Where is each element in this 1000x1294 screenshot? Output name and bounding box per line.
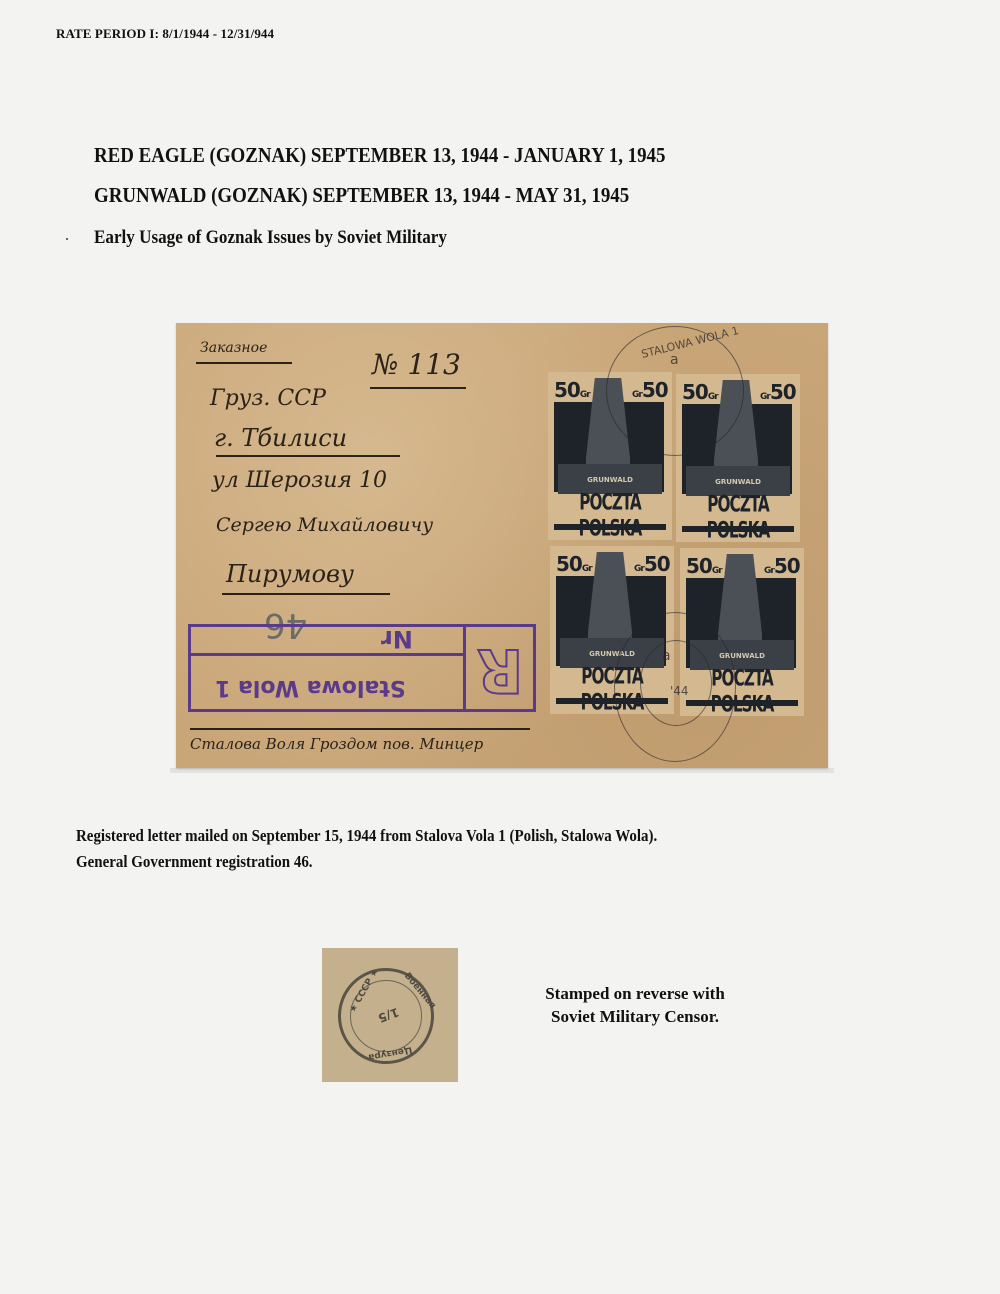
postmark-bottom-inner (640, 640, 712, 726)
rate-period-header: RATE PERIOD I: 8/1/1944 - 12/31/944 (56, 26, 274, 42)
stamp-name: GRUNWALD (548, 476, 672, 484)
postmark-bottom-year: '44 (670, 684, 689, 698)
censor-stamp-image: ★ СССР ★ Военная Цензура 1/5 (322, 948, 458, 1082)
stamp-value-left: 50Gr (686, 554, 722, 578)
reg-nr: Nr (381, 625, 413, 653)
hw-underline-2 (370, 387, 466, 389)
reg-letter: R (477, 635, 523, 705)
registration-label: Nr Stalowa Wola 1 R (188, 624, 536, 712)
censor-caption: Stamped on reverse with Soviet Military … (500, 982, 770, 1028)
cover-shadow (170, 768, 834, 773)
stamp-bar (554, 524, 666, 530)
bullet-dot (66, 238, 68, 240)
hw-line3: ул Шерозия 10 (212, 468, 387, 493)
hw-sender: Сталова Воля Гроздом пов. Минцер (190, 735, 483, 753)
description-line-2: General Government registration 46. (76, 852, 313, 872)
subheading: Early Usage of Goznak Issues by Soviet M… (94, 227, 447, 249)
censor-caption-line-1: Stamped on reverse with (500, 982, 770, 1005)
reg-office: Stalowa Wola 1 (215, 675, 406, 700)
hw-underline-3 (216, 455, 400, 457)
hw-number: № 113 (372, 348, 461, 381)
hw-line5: Пирумову (226, 560, 354, 588)
hw-underline-5 (190, 728, 530, 730)
stamp-value-left: 50Gr (556, 552, 592, 576)
hw-registered: Заказное (200, 340, 267, 356)
stamp-bar (682, 526, 794, 532)
description-line-1: Registered letter mailed on September 15… (76, 826, 657, 846)
reg-inner-line (191, 653, 463, 656)
stamp-value-right: Gr50 (764, 554, 800, 578)
postmark-bottom-sub: a (662, 648, 671, 664)
hw-underline-4 (222, 593, 390, 595)
hw-line2: г. Тбилиси (214, 424, 347, 452)
hw-line4: Сергею Михайловичу (216, 514, 433, 536)
heading-grunwald: GRUNWALD (GOZNAK) SEPTEMBER 13, 1944 - M… (94, 183, 629, 208)
stamp-value-right: Gr50 (634, 552, 670, 576)
stamp-country: POCZTA POLSKA (552, 490, 668, 542)
postmark-top-sub: a (670, 352, 679, 368)
censor-caption-line-2: Soviet Military Censor. (500, 1005, 770, 1028)
stamp-value-left: 50Gr (554, 378, 590, 402)
hw-underline-1 (196, 362, 292, 364)
stamp-country: POCZTA POLSKA (680, 492, 796, 544)
hw-line1: Груз. ССР (210, 386, 326, 411)
heading-red-eagle: RED EAGLE (GOZNAK) SEPTEMBER 13, 1944 - … (94, 143, 665, 168)
stamp-name: GRUNWALD (676, 478, 800, 486)
stamp-value-right: Gr50 (760, 380, 796, 404)
reg-divider (463, 627, 466, 709)
